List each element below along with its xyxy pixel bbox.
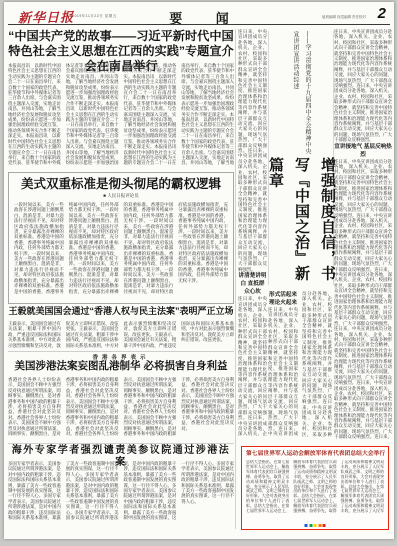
registration-mark-red <box>323 524 326 527</box>
hongkong-headline: 美国涉港法案妄图乱港制华 必将损害自身利益 <box>8 360 234 372</box>
review-text: 连日来，中央宣讲团成员分赴各地，深入机关、企业、农村、校园和社区，采取多种形式向… <box>334 29 392 142</box>
registration-mark-green <box>309 524 312 527</box>
review-column-middle: 形式活起来 理论火起来 连日来，中央宣讲团成员分赴各地，深入机关、企业、农村、校… <box>268 291 332 442</box>
review-vertical-title: 增强制度自信，书写﹃中国之治﹄新篇章 <box>262 157 340 285</box>
military-body: 总结大会指出，在第七届世界军人运动会上，解放军体育代表团官兵顽强拼搏、奋勇争先，… <box>246 460 384 518</box>
registration-mark-blue <box>305 524 308 527</box>
military-headline: 第七届世界军人运动会解放军体育代表团总结大会举行 <box>246 450 384 458</box>
review-subhead-3: 宣讲接地气 基层反响热烈 <box>334 143 392 159</box>
column-divider <box>235 29 236 529</box>
header-rule <box>8 24 390 25</box>
hongkong-body: 香港社会各界人士纷纷表示，美国国会不顾中方强烈反对执意通过所谓法案，罔顾事实、颠… <box>8 377 234 440</box>
wangyi-body: 王毅表示，美国国会通过有关法案，粗暴干涉中国内政，严重违反国际法和国际关系基本准… <box>8 321 234 349</box>
review-column-middle-text: 形式活起来 理论火起来 连日来，中央宣讲团成员分赴各地，深入机关、企业、农村、校… <box>268 291 332 442</box>
main-story-body: 本报南昌讯 以新时代中国特色社会主义思想在江西的生动实践为主题的专题宣介会二十一… <box>8 63 234 168</box>
review-vertical-headline: ——学习贯彻党的十九届四中全会精神中央宣讲团宣讲活动综述 增强制度自信，书写﹃中… <box>268 31 334 285</box>
review-vertical-subtitle: ——学习贯彻党的十九届四中全会精神中央宣讲团宣讲活动综述 <box>289 31 313 157</box>
registration-mark-yellow <box>314 524 317 527</box>
review-column-right: 连日来，中央宣讲团成员分赴各地，深入机关、企业、农村、校园和社区，采取多种形式向… <box>334 29 392 442</box>
page-number: 2 <box>378 5 386 22</box>
edition-info: 值班编辑 视觉编辑 责任校对 <box>322 15 366 20</box>
newspaper-page: 新华日报 2019年11月22日 星期五 要 闻 值班编辑 视觉编辑 责任校对 … <box>4 2 394 539</box>
overseas-body: 多国专家学者表示，美国参议院通过所谓涉港法案，是对中国内政的粗暴干涉，违反国际法… <box>8 461 234 528</box>
commentary-article-box: 美式双重标准是彻头彻尾的霸权逻辑 ■ 人民日报评论员 一段时间以来，美方一些政客… <box>8 172 234 304</box>
commentary-byline: ■ 人民日报评论员 <box>14 193 228 199</box>
commentary-headline: 美式双重标准是彻头彻尾的霸权逻辑 <box>14 177 228 191</box>
wangyi-headline: 王毅就美国国会通过“香港人权与民主法案”表明严正立场 <box>8 306 234 317</box>
review-column-right-text: 连日来，中央宣讲团成员分赴各地，深入机关、企业、农村、校园和社区，采取多种形式向… <box>334 29 392 442</box>
article-divider <box>8 351 234 352</box>
review-text: 连日来，中央宣讲团成员分赴各地，深入机关、企业、农村、校园和社区，采取多种形式向… <box>268 291 332 437</box>
military-article-box: 第七届世界军人运动会解放军体育代表团总结大会举行 总结大会指出，在第七届世界军人… <box>241 446 389 530</box>
article-divider <box>8 443 234 444</box>
color-registration-marks <box>305 524 326 527</box>
review-subhead-2: 形式活起来 理论火起来 <box>268 291 298 307</box>
commentary-body: 一段时间以来，美方一些政客在涉港问题上颠倒黑白、混淆是非，对暴力违法行径视而不见… <box>14 202 228 294</box>
registration-mark-orange <box>318 524 321 527</box>
